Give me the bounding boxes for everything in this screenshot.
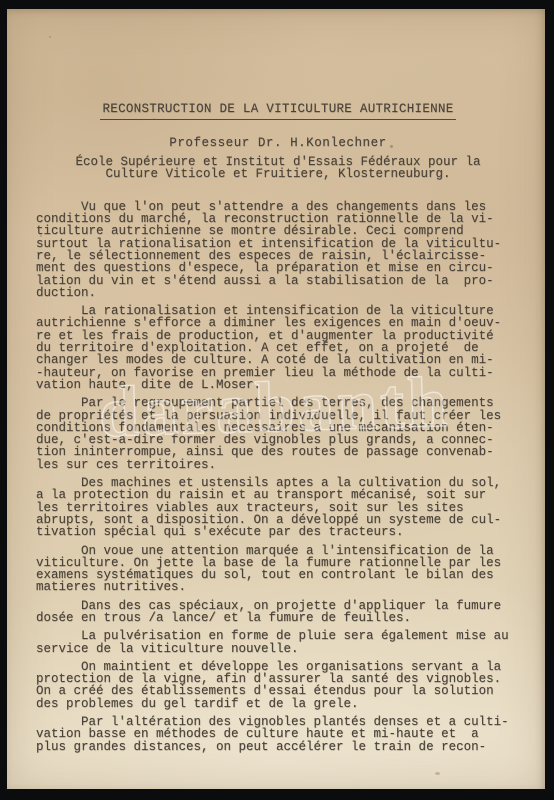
paragraph-7: La pulvérisation en forme de pluie sera … [36, 630, 520, 655]
paper-speck [49, 36, 51, 38]
institution-lines: École Supérieure et Institut d'Essais Fé… [36, 156, 520, 181]
document-page: RECONSTRUCTION DE LA VITICULTURE AUTRICH… [7, 9, 545, 789]
author-line: Professeur Dr. H.Konlechner [36, 137, 520, 149]
page-content: RECONSTRUCTION DE LA VITICULTURE AUTRICH… [36, 9, 520, 759]
paragraph-8: On maintient et développe les organisati… [36, 661, 520, 710]
paragraph-5: On voue une attention marquée a l'intens… [36, 545, 520, 594]
document-body: Vu que l'on peut s'attendre a des change… [36, 201, 520, 753]
paper-speck [435, 772, 440, 775]
paper-speck [390, 145, 393, 148]
paper-speck [40, 235, 42, 237]
paragraph-4: Des machines et ustensils aptes a la cul… [36, 477, 520, 538]
paragraph-9: Par l'altération des vignobles plantés d… [36, 716, 520, 753]
document-header: RECONSTRUCTION DE LA VITICULTURE AUTRICH… [36, 9, 520, 181]
paragraph-3: Par le regroupement partiel des terres, … [36, 397, 520, 471]
paper-speck [153, 118, 155, 120]
paragraph-1: Vu que l'on peut s'attendre a des change… [36, 201, 520, 299]
title-row: RECONSTRUCTION DE LA VITICULTURE AUTRICH… [36, 9, 520, 120]
paragraph-6: Dans des cas spéciaux, on projette d'app… [36, 600, 520, 625]
paragraph-2: La rationalisation et intensification de… [36, 305, 520, 391]
